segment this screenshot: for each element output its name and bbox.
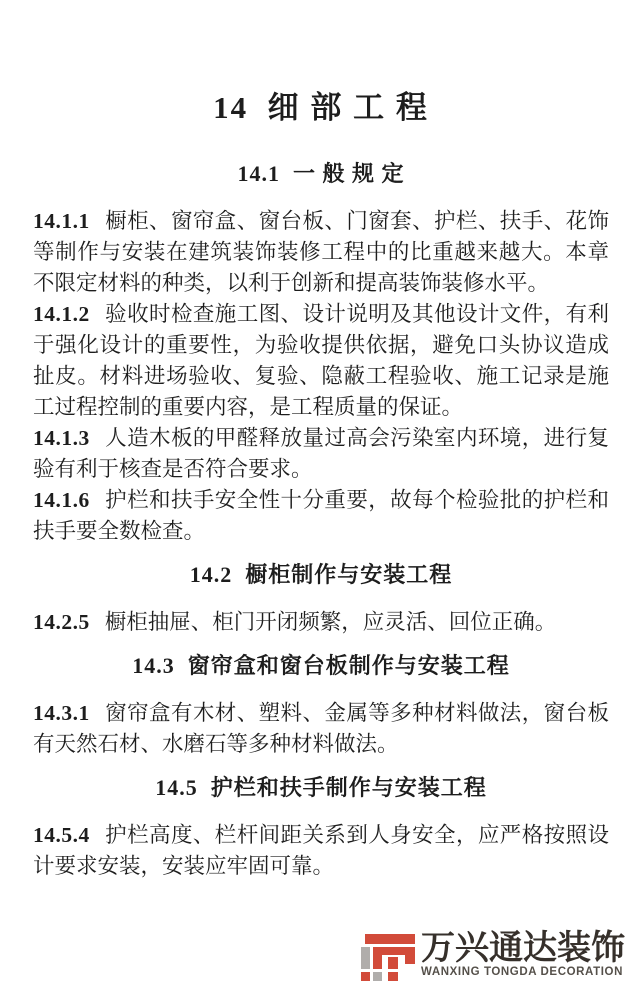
section-heading-14-2: 14.2 橱柜制作与安装工程 — [33, 562, 609, 588]
clause-14-1-1: 14.1.1橱柜、窗帘盒、窗台板、门窗套、护栏、扶手、花饰等制作与安装在建筑装饰… — [33, 206, 609, 299]
section-heading-14-5: 14.5 护栏和扶手制作与安装工程 — [33, 775, 609, 801]
clause-14-5-4: 14.5.4护栏高度、栏杆间距关系到人身安全，应严格按照设计要求安装，安装应牢固… — [33, 820, 609, 882]
clause-text: 护栏高度、栏杆间距关系到人身安全，应严格按照设计要求安装，安装应牢固可靠。 — [33, 823, 609, 878]
wanxing-logo-icon — [361, 934, 415, 981]
clause-text: 窗帘盒有木材、塑料、金属等多种材料做法，窗台板有天然石材、水磨石等多种材料做法。 — [33, 701, 609, 756]
section-heading-14-1: 14.1 一 般 规 定 — [33, 161, 609, 187]
section-heading-14-3: 14.3 窗帘盒和窗台板制作与安装工程 — [33, 653, 609, 679]
clause-text: 人造木板的甲醛释放量过高会污染室内环境，进行复验有利于核查是否符合要求。 — [33, 426, 609, 481]
document-page: 14 细 部 工 程 14.1 一 般 规 定 14.1.1橱柜、窗帘盒、窗台板… — [0, 0, 640, 882]
clause-text: 护栏和扶手安全性十分重要，故每个检验批的护栏和扶手要全数检查。 — [33, 488, 609, 543]
clause-number: 14.1.2 — [33, 302, 90, 326]
wanxing-tongda-logo: 万兴通达装饰 WANXING TONGDA DECORATION — [361, 931, 625, 981]
clause-number: 14.5.4 — [33, 823, 90, 847]
clause-14-3-1: 14.3.1窗帘盒有木材、塑料、金属等多种材料做法，窗台板有天然石材、水磨石等多… — [33, 698, 609, 760]
clause-14-2-5: 14.2.5橱柜抽屉、柜门开闭频繁，应灵活、回位正确。 — [33, 607, 609, 638]
clause-number: 14.2.5 — [33, 610, 90, 634]
clause-number: 14.1.3 — [33, 426, 90, 450]
logo-chinese-name: 万兴通达装饰 — [421, 931, 625, 966]
clause-text: 橱柜抽屉、柜门开闭频繁，应灵活、回位正确。 — [105, 610, 557, 634]
clause-text: 验收时检查施工图、设计说明及其他设计文件，有利于强化设计的重要性，为验收提供依据… — [33, 302, 609, 419]
logo-english-name: WANXING TONGDA DECORATION — [421, 966, 625, 978]
clause-number: 14.1.1 — [33, 209, 90, 233]
clause-14-1-3: 14.1.3人造木板的甲醛释放量过高会污染室内环境，进行复验有利于核查是否符合要… — [33, 423, 609, 485]
clause-number: 14.3.1 — [33, 701, 90, 725]
clause-number: 14.1.6 — [33, 488, 90, 512]
chapter-title: 14 细 部 工 程 — [33, 92, 609, 124]
clause-14-1-6: 14.1.6护栏和扶手安全性十分重要，故每个检验批的护栏和扶手要全数检查。 — [33, 485, 609, 547]
clause-text: 橱柜、窗帘盒、窗台板、门窗套、护栏、扶手、花饰等制作与安装在建筑装饰装修工程中的… — [33, 209, 609, 295]
clause-14-1-2: 14.1.2验收时检查施工图、设计说明及其他设计文件，有利于强化设计的重要性，为… — [33, 299, 609, 423]
logo-text-block: 万兴通达装饰 WANXING TONGDA DECORATION — [421, 931, 625, 978]
